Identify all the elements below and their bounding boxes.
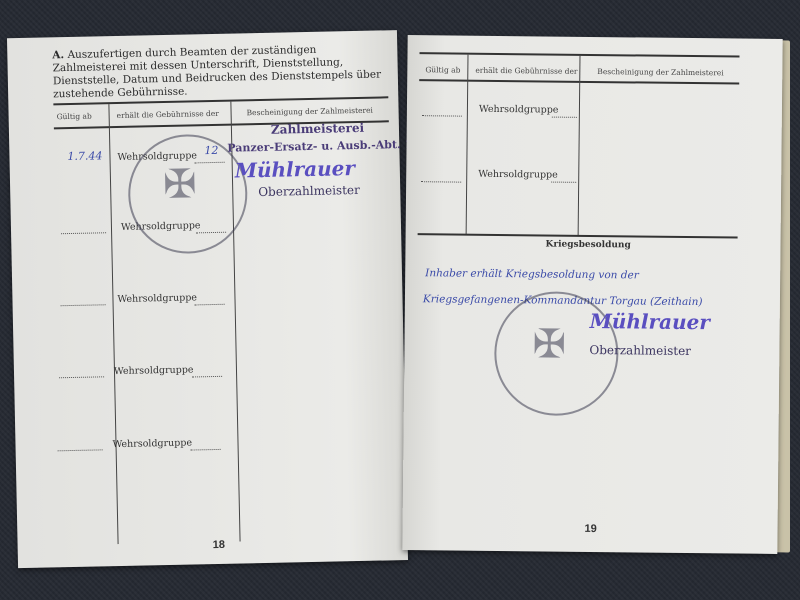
table-row: Wehrsoldgruppe <box>7 30 397 38</box>
group-label: Wehrsoldgruppe <box>479 104 559 116</box>
page-number: 18 <box>213 539 225 551</box>
section-rule <box>418 233 738 238</box>
table-row: 1.7.44 Wehrsoldgruppe 12 <box>7 30 397 38</box>
col-certification: Bescheinigung der Zahlmeisterei <box>597 67 723 77</box>
valid-from-dots <box>59 376 104 378</box>
page-number: 19 <box>584 523 596 535</box>
signature: Mühlrauer <box>590 309 710 334</box>
group-dots <box>551 182 576 183</box>
valid-from-dots <box>61 232 106 234</box>
handwritten-note-line-1: Inhaber erhält Kriegsbesoldung von der <box>425 267 639 281</box>
left-page: A. Auszufertigen durch Beamten der zustä… <box>7 30 408 568</box>
col-certification: Bescheinigung der Zahlmeisterei <box>247 106 374 118</box>
col-valid-from: Gültig ab <box>57 112 92 122</box>
group-label: Wehrsoldgruppe <box>112 437 192 450</box>
stamp-title: Oberzahlmeister <box>258 183 360 199</box>
eagle-emblem-icon: ✠ <box>532 321 566 367</box>
col-valid-from: Gültig ab <box>425 65 460 74</box>
section-letter: A. <box>52 49 64 61</box>
col-group: erhält die Gebührnisse der <box>475 66 577 76</box>
section-title: Kriegsbesoldung <box>545 240 630 251</box>
valid-from-dots <box>422 115 462 116</box>
valid-from-dots <box>61 304 106 306</box>
signature: Mühlrauer <box>235 156 356 183</box>
valid-from-dots <box>421 181 461 182</box>
group-dots <box>552 117 577 118</box>
instruction-text: Auszufertigen durch Beamten der zuständi… <box>52 44 381 101</box>
column-divider-1 <box>108 104 118 544</box>
valid-from-date: 1.7.44 <box>67 149 102 163</box>
stamp-unit-name: Panzer-Ersatz- u. Ausb.-Abt. 10 <box>227 138 420 155</box>
group-dots <box>195 304 225 306</box>
stamp-office-name: Zahlmeisterei <box>271 121 364 137</box>
group-label: Wehrsoldgruppe <box>114 364 194 377</box>
eagle-emblem-icon: ✠ <box>163 161 197 208</box>
table-row: Wehrsoldgruppe <box>7 30 397 38</box>
right-page: Gültig ab erhält die Gebührnisse der Bes… <box>402 35 782 554</box>
table-row: Wehrsoldgruppe <box>7 30 397 38</box>
col-group: erhält die Gebührnisse der <box>117 109 219 120</box>
valid-from-dots <box>58 449 103 451</box>
stamp-title: Oberzahlmeister <box>589 343 691 358</box>
table-row: Wehrsoldgruppe <box>408 35 783 39</box>
group-dots <box>191 449 221 451</box>
group-label: Wehrsoldgruppe <box>478 169 558 181</box>
group-dots <box>192 376 222 378</box>
instruction-block: A. Auszufertigen durch Beamten der zustä… <box>52 42 383 101</box>
group-label: Wehrsoldgruppe <box>117 292 197 305</box>
table-row: Wehrsoldgruppe <box>7 30 397 38</box>
table-row: Wehrsoldgruppe <box>408 35 783 39</box>
